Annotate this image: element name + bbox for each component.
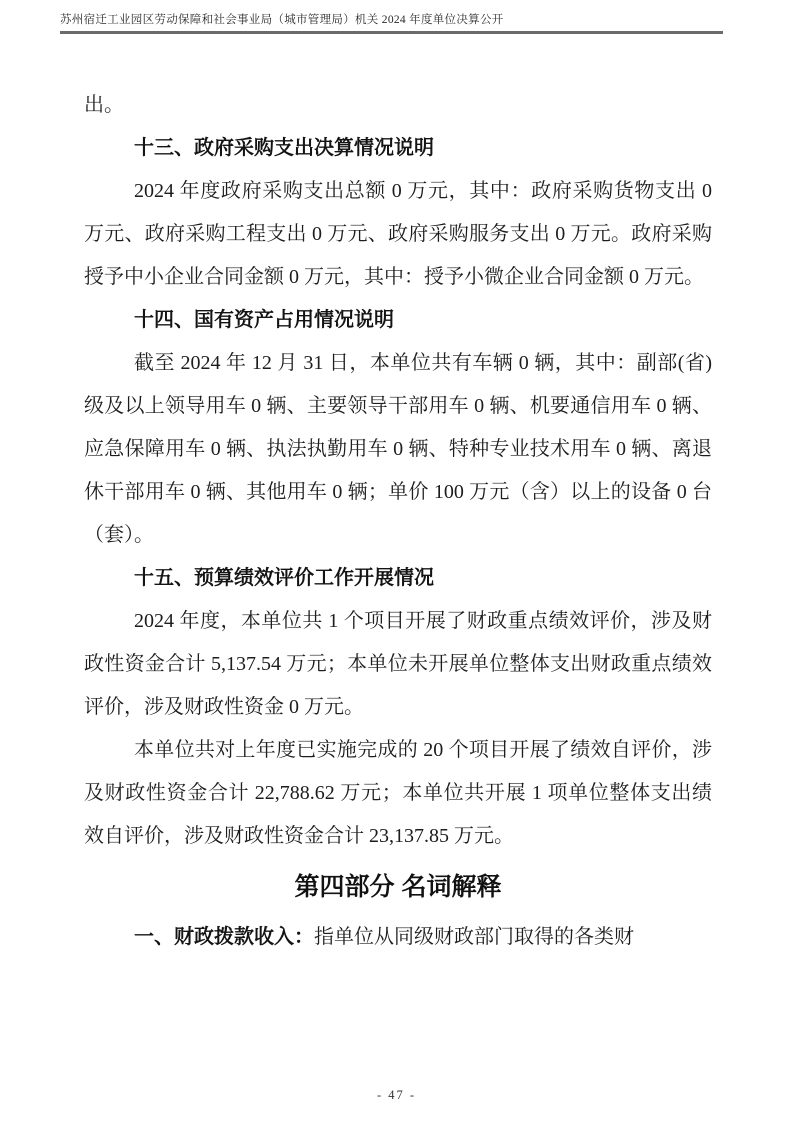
term1-text: 指单位从同级财政部门取得的各类财: [314, 926, 634, 948]
page-number: - 47 -: [377, 1088, 416, 1102]
document-body: 出。 十三、政府采购支出决算情况说明 2024 年度政府采购支出总额 0 万元，…: [84, 84, 712, 959]
section-13-paragraph: 2024 年度政府采购支出总额 0 万元，其中：政府采购货物支出 0 万元、政府…: [84, 170, 712, 299]
header-title: 苏州宿迁工业园区劳动保障和社会事业局（城市管理局）机关 2024 年度单位决算公…: [60, 12, 723, 29]
header-divider: [60, 31, 723, 34]
section-15-heading: 十五、预算绩效评价工作开展情况: [84, 557, 712, 600]
document-page: 苏州宿迁工业园区劳动保障和社会事业局（城市管理局）机关 2024 年度单位决算公…: [0, 0, 793, 1122]
page-footer: - 47 -: [0, 1086, 793, 1104]
term-definition-paragraph: 一、财政拨款收入：指单位从同级财政部门取得的各类财: [84, 916, 712, 959]
paragraph-continued: 出。: [84, 84, 712, 127]
part4-title: 第四部分 名词解释: [84, 858, 712, 916]
section-15-paragraph-2: 本单位共对上年度已实施完成的 20 个项目开展了绩效自评价，涉及财政性资金合计 …: [84, 729, 712, 858]
page-header: 苏州宿迁工业园区劳动保障和社会事业局（城市管理局）机关 2024 年度单位决算公…: [60, 12, 723, 29]
section-14-heading: 十四、国有资产占用情况说明: [84, 299, 712, 342]
term1-label: 一、财政拨款收入：: [134, 926, 314, 948]
section-15-paragraph-1: 2024 年度，本单位共 1 个项目开展了财政重点绩效评价，涉及财政性资金合计 …: [84, 600, 712, 729]
section-14-paragraph: 截至 2024 年 12 月 31 日，本单位共有车辆 0 辆，其中：副部(省)…: [84, 342, 712, 557]
section-13-heading: 十三、政府采购支出决算情况说明: [84, 127, 712, 170]
